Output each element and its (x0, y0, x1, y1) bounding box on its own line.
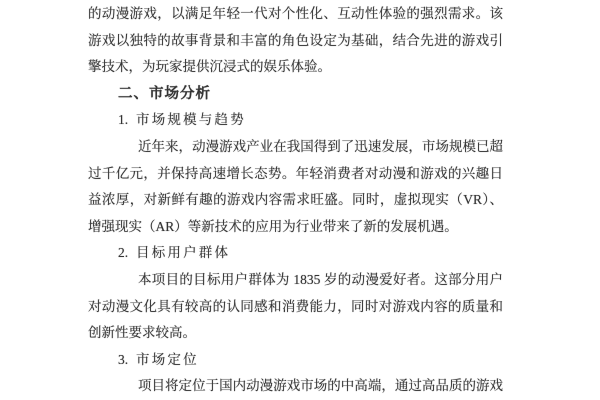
list-number: 3. (118, 347, 136, 374)
paragraph-first-line: 近年来，动漫游戏产业在我国得到了迅速发展，市场规模已超 (88, 134, 503, 161)
numbered-subheading: 3.市场定位 (88, 347, 503, 374)
paragraph-line: 擎技术，为玩家提供沉浸式的娱乐体验。 (88, 54, 503, 81)
list-label: 目标用户群体 (136, 245, 230, 260)
document-page: 的动漫游戏，以满足年轻一代对个性化、互动性体验的强烈需求。该 游戏以独特的故事背… (88, 1, 503, 400)
list-number: 2. (118, 240, 136, 267)
list-label: 市场定位 (136, 352, 199, 367)
paragraph-first-line: 项目将定位于国内动漫游戏市场的中高端，通过高品质的游戏 (88, 373, 503, 400)
paragraph-first-line: 本项目的目标用户群体为 1835 岁的动漫爱好者。这部分用户 (88, 267, 503, 294)
paragraph-line: 对动漫文化具有较高的认同感和消费能力，同时对游戏内容的质量和 (88, 294, 503, 321)
list-number: 1. (118, 107, 136, 134)
numbered-subheading: 1.市场规模与趋势 (88, 107, 503, 134)
list-label: 市场规模与趋势 (136, 112, 246, 127)
paragraph-line: 增强现实（AR）等新技术的应用为行业带来了新的发展机遇。 (88, 214, 503, 241)
paragraph-line: 创新性要求较高。 (88, 320, 503, 347)
paragraph-line: 过千亿元，并保持高速增长态势。年轻消费者对动漫和游戏的兴趣日 (88, 161, 503, 188)
paragraph-line: 益浓厚，对新鲜有趣的游戏内容需求旺盛。同时，虚拟现实（VR）、 (88, 187, 503, 214)
paragraph-line: 游戏以独特的故事背景和丰富的角色设定为基础，结合先进的游戏引 (88, 28, 503, 55)
paragraph-line: 的动漫游戏，以满足年轻一代对个性化、互动性体验的强烈需求。该 (88, 1, 503, 28)
numbered-subheading: 2.目标用户群体 (88, 240, 503, 267)
section-heading: 二、市场分析 (88, 81, 503, 108)
